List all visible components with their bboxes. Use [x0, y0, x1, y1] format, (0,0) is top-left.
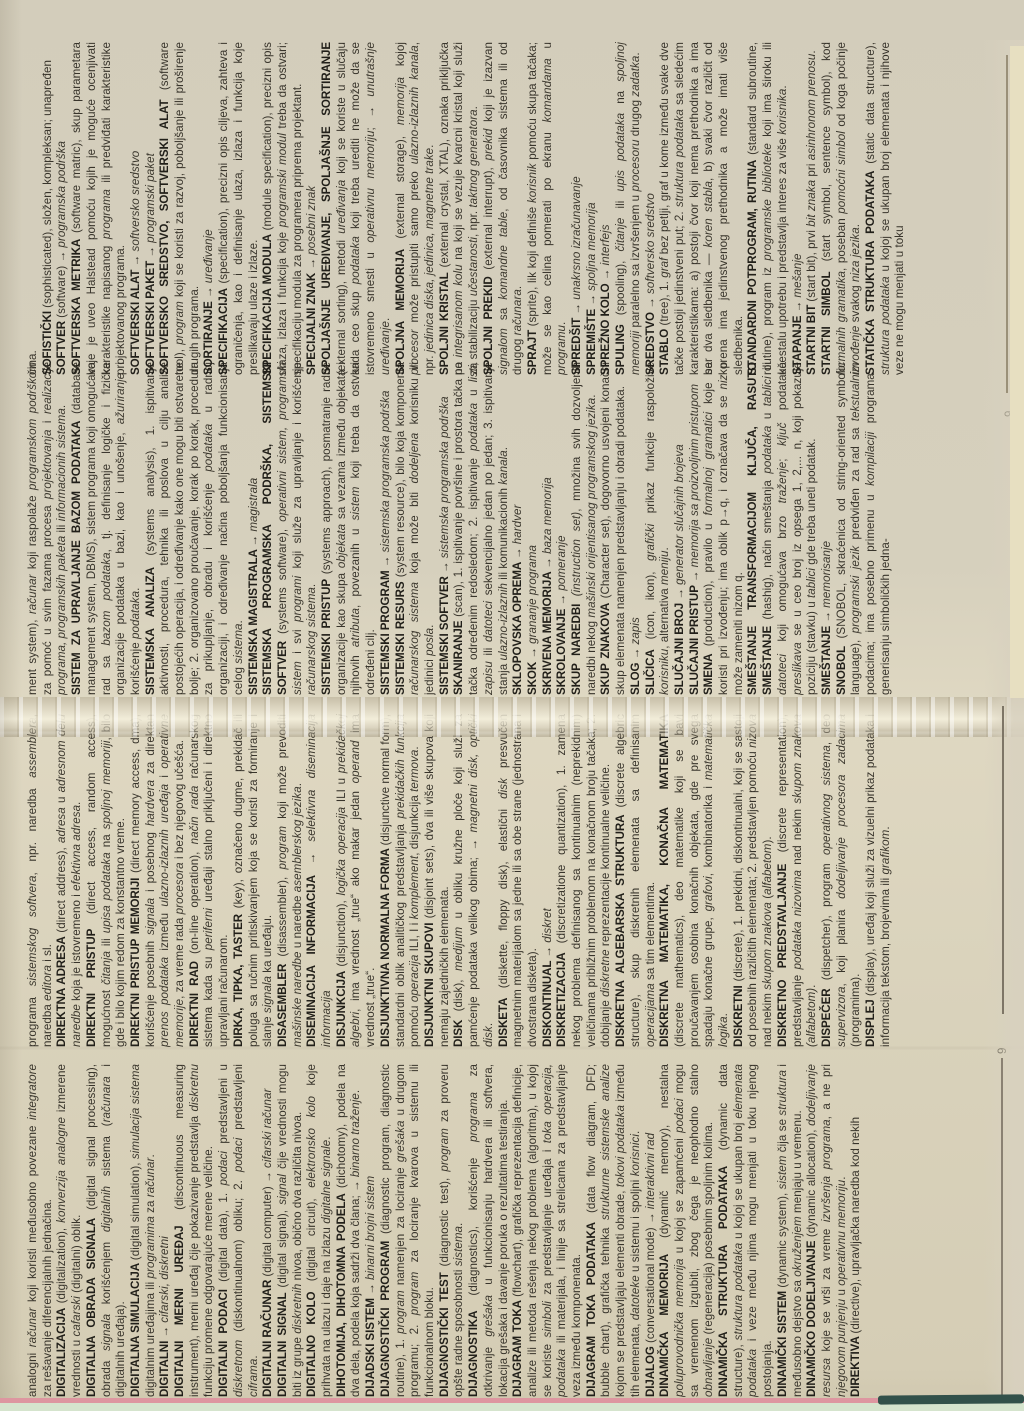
dictionary-entry: DIREKTIVA (directive), upravljačka nared…: [849, 1064, 864, 1397]
entry-term: SISTEMSKI PROGRAM: [379, 567, 392, 695]
entry-italic-text: signala: [261, 976, 274, 1013]
entry-italic-text: digitalnih: [100, 1186, 113, 1232]
entry-term: SPREŽNO KOLO: [599, 280, 612, 375]
entry-term: DINAMIČKA STRUKTURA PODATAKA: [717, 1150, 730, 1397]
entry-term: DIJAGNOSTIKA: [467, 1296, 480, 1397]
entry-italic-text: program: [438, 1128, 451, 1172]
entry-italic-text: struktura podataka: [879, 276, 892, 375]
entry-italic-text: operativnu memoriju: [835, 1180, 848, 1286]
entry-term: SKUP ZNAKOVA: [599, 598, 612, 695]
dictionary-entry: DIREKTNI PRISTUP (direct access, random …: [85, 714, 129, 1047]
entry-italic-text: dodeljena: [408, 433, 421, 484]
entry-italic-text: sistemska programska podrška: [379, 391, 392, 553]
scanned-dictionary-page: analogni računar koji koristi međusobno …: [0, 0, 1024, 1411]
entry-italic-text: preslikava: [791, 642, 804, 695]
entry-italic-text: grafikom: [879, 830, 892, 875]
entry-italic-text: operacijama: [644, 983, 657, 1047]
dictionary-entry: DISKRETNI (discrete), 1. prekidni, disko…: [732, 714, 776, 1047]
page-edge-line: [1001, 1058, 1003, 1402]
entry-term: SPECIJALNI ZNAK: [305, 270, 318, 375]
entry-italic-text: korisnika: [776, 89, 789, 135]
entry-term: STATIČKA STRUKTURA PODATAKA: [864, 164, 877, 375]
entry-term: SISTEMSKI SOFTVER: [438, 573, 451, 695]
dictionary-entry: STAPANJE → mešanje: [791, 42, 806, 375]
dictionary-entry: DIGITALNO KOLO (digital circuit), elektr…: [305, 1064, 334, 1397]
dictionary-entry: SPREDŠIT → unakrsno izračunavanje: [570, 42, 585, 375]
entry-italic-text: operacija: [408, 955, 421, 1003]
dictionary-entry: SISTEMSKA MAGISTRALA → magistrala: [247, 362, 262, 695]
entry-term: DISKETA: [497, 988, 510, 1047]
entry-italic-text: sistemskog softvera: [26, 875, 39, 986]
scanbed-dark-edge: [878, 1394, 1024, 1404]
entry-term: SPOLJAŠNJE UREĐIVANJE, SPOLJAŠNJE SORTIR…: [320, 42, 333, 375]
entry-term: SPOLJNI PREKID: [482, 270, 495, 375]
entry-italic-text: baza memorija: [541, 477, 554, 554]
entry-term: DISASEMBLER: [276, 957, 289, 1047]
entry-term: SORTIRANJE: [202, 298, 215, 375]
dictionary-entry: STABLO (tree), 1. graf bez petlji, graf …: [658, 42, 746, 375]
entry-italic-text: skupom znakova: [761, 902, 774, 990]
dictionary-entry: SKOK → grananje programa: [526, 362, 541, 695]
entry-italic-text: formalnih gramatika: [835, 271, 848, 375]
entry-italic-text: softversko sredstvo: [644, 193, 657, 294]
entry-italic-text: medijum: [452, 927, 465, 971]
dictionary-entry: SKUP NAREDBI (instruction set), množina …: [570, 362, 599, 695]
entry-italic-text: mašinske naredbe: [291, 951, 304, 1047]
dictionary-entry: DIREKTNI PRISTUP MEMORIJI (direct memory…: [129, 714, 188, 1047]
dictionary-entry: SISTEM ZA UPRAVLJANJE BAZOM PODATAKA (da…: [70, 362, 144, 695]
entry-term: SPOLJNI KRISTAL: [438, 268, 451, 375]
dictionary-entry: SKUP ZNAKOVA (Character set), dogovorno …: [599, 362, 628, 695]
entry-italic-text: podataka: [202, 424, 215, 472]
entry-term: DISPEČER: [820, 980, 833, 1047]
entry-italic-text: diskretne: [599, 949, 612, 997]
entry-term: DISKRETNA MATEMATIKA, KONAČNA MATEMATIKA: [658, 714, 671, 1047]
dictionary-entry: DIJALOG (conversational mode) → interakt…: [644, 1064, 659, 1397]
dictionary-entry: SPRAJT (sprite), lik koji definiše koris…: [526, 42, 570, 375]
scan-edge-shadow: [0, 0, 22, 1411]
entry-term: DINAMIČKI SISTEM: [776, 1288, 789, 1397]
entry-italic-text: ulazno-izlaznih uređaja: [158, 784, 171, 907]
dictionary-entry: DIGITALNI SIGNAL (digital signal), signa…: [276, 1064, 305, 1397]
entry-italic-text: grešaka: [394, 1121, 407, 1163]
entry-term: DIJAGNOSTIČKI PROGRAM: [379, 1234, 392, 1397]
entry-italic-text: podataka nizovima: [791, 870, 804, 969]
entry-italic-text: posebni znak: [305, 186, 318, 255]
rotated-page-content: analogni računar koji koristi međusobno …: [0, 43, 1024, 1403]
dictionary-entry: SMEŠTANJE TRANSFORMACIJOM KLJUČA, RASUTO…: [746, 362, 820, 695]
entry-term: DIREKTNI RAD: [188, 954, 201, 1047]
entry-italic-text: interaktivni rad: [644, 1133, 657, 1209]
dictionary-entry: DISJUNKCIJA (disjunction), logička opera…: [335, 714, 379, 1047]
entry-italic-text: binarni brojni sistem: [364, 1176, 377, 1280]
entry-italic-text: korisnici: [629, 1134, 642, 1176]
entry-term: DIJAGRAM TOKA: [511, 1297, 524, 1397]
entry-italic-text: njegovom punjenju: [835, 1299, 848, 1397]
scanbed-green-strip: [0, 1403, 1024, 1411]
entry-term: DISKRETNI: [732, 982, 745, 1047]
entry-term: SISTEMSKI RESURS: [394, 577, 407, 695]
dictionary-entry: SOFTVERSKO SREDSTVO, SOFTVERSKI ALAT (so…: [158, 42, 202, 375]
entry-italic-text: struktura podataka: [673, 109, 686, 207]
entry-term: SOFTVERSKI PAKET: [144, 258, 157, 375]
dictionary-entry: DISKRETIZACIJA (discretizatione quantiza…: [555, 714, 614, 1047]
entry-term: SPULING: [614, 315, 627, 375]
entry-term: SOFISTIČKI: [41, 308, 54, 375]
entry-italic-text: sistema: [232, 623, 245, 663]
dictionary-entry: SPULING (spooling), čitanje ili upis pod…: [614, 42, 643, 375]
entry-italic-text: tablici: [761, 376, 774, 406]
entry-italic-text: supervizora: [835, 987, 848, 1047]
dictionary-entry: čina.: [26, 42, 41, 375]
entry-italic-text: program: [394, 1290, 407, 1334]
entry-italic-text: ažuriranje: [114, 373, 127, 424]
dictionary-column-4: čina.SOFISTIČKI (sophisticated), složen,…: [26, 42, 1010, 375]
entry-italic-text: podataka: [761, 426, 774, 474]
entry-term: DIJAGRAM TOKA PODATAKA: [585, 1213, 598, 1397]
entry-term: DIGITALIZACIJA: [55, 1303, 68, 1397]
entry-term: SKLOPOVSKA OPREMA: [511, 559, 524, 695]
entry-italic-text: pomoćni simbol: [835, 131, 848, 214]
dictionary-entry: SMEŠTANJE → memorisanje: [820, 362, 835, 695]
entry-term: DIGITALNA OBRADA SIGNALA: [85, 1210, 98, 1397]
entry-italic-text: podaci: [673, 1098, 686, 1132]
entry-italic-text: atributa: [349, 608, 362, 647]
dictionary-entry: DIREKTNA ADRESA (direct address), adresa…: [55, 714, 84, 1047]
dictionary-entry: DISPLEJ (display), uređaj koji služi za …: [864, 714, 893, 1047]
entry-term: DIGITALNI SIGNAL: [276, 1288, 289, 1397]
entry-italic-text: simboli: [541, 1301, 554, 1337]
entry-italic-text: diskretnih: [291, 1284, 304, 1334]
entry-italic-text: korisnik: [526, 163, 539, 203]
entry-italic-text: mešanje: [791, 253, 804, 297]
entry-italic-text: prenos podataka: [158, 957, 171, 1047]
dictionary-entry: DIGITALNI RAČUNAR (digital computer) → c…: [261, 1064, 276, 1397]
entry-term: SISTEMSKA MAGISTRALA: [247, 547, 260, 695]
entry-italic-text: bazom podataka: [100, 552, 113, 645]
entry-italic-text: memorija: [394, 77, 407, 125]
entry-italic-text: pomeranje: [555, 535, 568, 590]
dictionary-entry: DINAMIČKA MEMORIJA (dynamič memory), nes…: [658, 1064, 717, 1397]
entry-italic-text: sistem: [776, 1156, 789, 1190]
entry-italic-text: okruženjem: [791, 1216, 804, 1276]
dictionary-entry: DISKRETNA MATEMATIKA, KONAČNA MATEMATIKA…: [658, 714, 732, 1047]
entry-italic-text: softversko sredstvo: [129, 151, 142, 252]
entry-italic-text: upis podataka: [614, 113, 627, 192]
entry-term: DISK: [452, 1011, 465, 1047]
dictionary-entry: SPECIJALNI ZNAK → posebni znak: [305, 42, 320, 375]
entry-italic-text: uređivanje: [202, 229, 215, 283]
entry-term: DISKRETNO PREDSTAVLJANJE: [776, 852, 789, 1047]
entry-italic-text: editora: [41, 965, 54, 1001]
entry-italic-text: programski jezik: [849, 546, 862, 634]
dictionary-entry: DISKRETNO PREDSTAVLJANJE (discrete repre…: [776, 714, 820, 1047]
entry-term: SMENA: [702, 646, 715, 695]
dictionary-entry: DIGITALIZACIJA (digitalization), konverz…: [55, 1064, 84, 1397]
dictionary-entry: DIREKTNI RAD (on-line operation), način …: [188, 714, 232, 1047]
entry-term: DIHOTOMIJA, DIHOTOMNA PODELA: [335, 1188, 348, 1397]
entry-italic-text: integratore: [26, 1064, 39, 1120]
dictionary-entry: DISEMINACIJA INFORMACIJA → selektivna di…: [305, 714, 334, 1047]
entry-term: DIGITALNI PODACI: [217, 1282, 230, 1397]
entry-italic-text: diskretnu: [188, 1064, 201, 1112]
entry-italic-text: programi: [291, 576, 304, 622]
entry-italic-text: spoljnoj memoriji: [100, 740, 113, 829]
dictionary-entry: SLUČAJNI BROJ → generator slučajnih broj…: [673, 362, 688, 695]
dictionary-entry: DISJUNKTNI SKUPOVI (disjoint sets), dva …: [423, 714, 452, 1047]
entry-italic-text: podataka: [467, 403, 480, 451]
entry-italic-text: strukturne sistemske analize: [599, 1064, 612, 1220]
entry-term: STABLO: [658, 326, 671, 375]
entry-italic-text: podaci: [232, 1138, 245, 1172]
dictionary-entry: SKROLOVANJE → pomeranje: [555, 362, 570, 695]
dictionary-entry: DIGITALNA OBRADA SIGNALA (digital signal…: [85, 1064, 129, 1397]
entry-italic-text: grafički: [644, 524, 657, 561]
dictionary-entry: DIGITALNI PODACI (digital data), 1. poda…: [217, 1064, 261, 1397]
entry-italic-text: računar: [144, 1158, 157, 1198]
entry-italic-text: efektivna adresa: [70, 805, 83, 891]
entry-term: SLUČAJNI BROJ: [673, 600, 686, 695]
entry-italic-text: struktura: [776, 1070, 789, 1116]
entry-italic-text: kanala: [497, 450, 510, 484]
entry-italic-text: interfejs: [599, 224, 612, 265]
entry-term: SNOBOL: [835, 639, 848, 696]
dictionary-entry: SPECIFIKACIJA (specification), precizni …: [217, 42, 261, 375]
entry-term: DISJUNKTNI SKUPOVI: [423, 918, 436, 1047]
dictionary-entry: DINAMIČKO DODELJIVANJE (dynamic allocati…: [805, 1064, 849, 1397]
entry-italic-text: programskom podrškom: [26, 362, 39, 490]
entry-italic-text: memorija sa proizvoljnim pristupom: [688, 384, 701, 567]
entry-italic-text: asemblerskog jezika: [291, 786, 304, 892]
entry-term: SPREDŠIT: [570, 315, 583, 375]
entry-italic-text: cifarski računar: [261, 1089, 274, 1168]
dictionary-entry: SKANIRANJE (scan), 1. ispitivanje površi…: [452, 362, 511, 695]
entry-italic-text: grananje programa: [526, 545, 539, 644]
entry-term: SKOK: [526, 659, 539, 695]
entry-italic-text: procesoru: [629, 140, 642, 192]
dictionary-entry: SPREŽNO KOLO → interfejs: [599, 42, 614, 375]
entry-italic-text: tablici: [805, 568, 818, 598]
entry-term: DIREKTNI PRISTUP MEMORIJI: [129, 873, 142, 1047]
entry-term: SKRIVENA MEMORIJA: [541, 569, 554, 695]
entry-italic-text: programska podrška: [55, 141, 68, 248]
entry-term: SOFTVERSKA METRIKA: [70, 233, 83, 375]
entry-italic-text: signala: [100, 1314, 113, 1351]
dictionary-entry: DISKETA (diskette, floppy disk), elastič…: [497, 714, 541, 1047]
dictionary-entry: DISKONTINUAL → diskret: [541, 714, 556, 1047]
entry-term: DINAMIČKO DODELJIVANJE: [805, 1237, 818, 1397]
entry-term: DINAMIČKA MEMORIJA: [658, 1238, 671, 1397]
entry-italic-text: program: [408, 1272, 421, 1316]
entry-italic-text: struktura podataka: [732, 1243, 745, 1341]
entry-italic-text: projektovanja: [41, 429, 54, 499]
dictionary-entry: SKRIVENA MEMORIJA → baza memorija: [541, 362, 556, 695]
entry-italic-text: digitalne signale: [320, 1140, 333, 1224]
entry-italic-text: taktnog generatora: [467, 109, 480, 207]
dictionary-entry: SLIČICA (icon, ikon), grafički prikaz fu…: [644, 362, 673, 695]
entry-italic-text: mašinski orijentisanog programskog jezik…: [585, 398, 598, 618]
entry-italic-text: operand: [349, 740, 362, 783]
entry-italic-text: ključ: [776, 423, 789, 446]
entry-italic-text: binarno traženje: [349, 1093, 362, 1177]
entry-term: SKROLOVANJE: [555, 606, 568, 695]
entry-italic-text: komplement: [408, 856, 421, 920]
entry-term: DISKRETNA ALGEBARSKA STRUKTURA: [614, 808, 627, 1047]
entry-italic-text: logička operacija: [335, 807, 348, 896]
entry-term: DIRKA, TIPKA, TASTER: [232, 908, 245, 1047]
dictionary-entry: SOFTVERSKI PAKET → programski paket: [144, 42, 159, 375]
dictionary-entry: SOFTVER (software) → programska podrška: [55, 42, 70, 375]
entry-term: SREDSTVO: [644, 309, 657, 375]
entry-italic-text: učestanosti: [467, 237, 480, 296]
entry-italic-text: hardvera: [144, 780, 157, 826]
entry-italic-text: procesor: [408, 329, 421, 375]
entry-italic-text: čitanje: [614, 218, 627, 252]
entry-italic-text: program: [173, 301, 186, 345]
dictionary-entry: SOFISTIČKI (sophisticated), složen, komp…: [41, 42, 56, 375]
entry-italic-text: poluprovodnička memorija: [673, 1259, 686, 1397]
entry-italic-text: termova: [408, 750, 421, 792]
entry-term: DIGITALNA SIMULACIJA: [129, 1260, 142, 1397]
entry-term: STARTNI BIT: [805, 302, 818, 375]
entry-italic-text: signala: [144, 898, 157, 935]
dictionary-entry: SLUČAJNI PRISTUP → memorija sa proizvolj…: [688, 362, 703, 695]
entry-term: SOFTVERSKO SREDSTVO, SOFTVERSKI ALAT: [158, 90, 171, 375]
dictionary-entry: SKLOPOVSKA OPREMA → hardver: [511, 362, 526, 695]
entry-italic-text: zapis: [629, 617, 642, 644]
entry-italic-text: adresa: [55, 807, 68, 843]
entry-italic-text: hardver: [511, 505, 524, 545]
entry-italic-text: ciframa: [247, 1359, 260, 1397]
entry-term: STARTNI SIMBOL: [820, 261, 833, 375]
entry-italic-text: jedinica diska, jedinica, magnetne trake: [423, 148, 436, 352]
entry-italic-text: memorisanje: [820, 541, 833, 608]
entry-italic-text: traženje: [776, 462, 789, 504]
page-edge-strip: [1010, 46, 1024, 698]
dictionary-entry: DIJAGRAM TOKA (flowchart), grafička repr…: [511, 1064, 585, 1397]
dictionary-column-2: programa sistemskog softvera, npr. nared…: [26, 714, 1010, 1047]
dictionary-entry: SOFTVERSKA METRIKA (software matric), sk…: [70, 42, 129, 375]
entry-term: DIREKTNI PRISTUP: [85, 914, 98, 1047]
page-edge-line: [1006, 55, 1008, 393]
dictionary-entry: STARTNI BIT (start bit), prvi bit znaka …: [805, 42, 820, 375]
entry-italic-text: magnetni disk, optički disk: [467, 714, 495, 1047]
entry-italic-text: računar: [26, 1308, 39, 1348]
dictionary-entry: SISTEMSKI PROGRAM → sistemska programska…: [379, 362, 394, 695]
entry-italic-text: program: [276, 826, 289, 870]
entry-italic-text: upisa podataka: [100, 852, 113, 933]
dictionary-entry: programa sistemskog softvera, npr. nared…: [26, 714, 55, 1047]
entry-italic-text: datoteci: [776, 654, 789, 695]
entry-term: DIGITALNI: [158, 1338, 171, 1397]
entry-italic-text: integrisanom kolu: [452, 264, 465, 357]
entry-italic-text: meniju: [658, 550, 671, 584]
dictionary-entry: SPOLJNA MEMORIJA (external storage), mem…: [394, 42, 438, 375]
dictionary-entry: DIHOTOMIJA, DIHOTOMNA PODELA (dichotomy)…: [335, 1064, 364, 1397]
entry-italic-text: cafarski: [70, 1296, 83, 1336]
entry-italic-text: izvršenja programa: [820, 1119, 833, 1222]
entry-italic-text: tokovi podataka: [614, 1105, 627, 1187]
dictionary-entry: analogni računar koji koristi međusobno …: [26, 1064, 55, 1397]
entry-term: SPREMIŠTE: [585, 306, 598, 375]
entry-italic-text: datoteci: [482, 601, 495, 642]
entry-term: DIREKTNA ADRESA: [55, 933, 68, 1047]
entry-italic-text: ulazno-izlaznih: [497, 583, 510, 660]
entry-italic-text: grafovi: [702, 876, 715, 911]
entry-term: SPOLJNA MEMORIJA: [394, 239, 407, 375]
dictionary-entry: STARTNI SIMBOL (start symbol, sentence s…: [820, 42, 864, 375]
entry-term: SMEŠTANJE: [820, 623, 833, 695]
entry-italic-text: programski modul: [276, 133, 289, 227]
entry-italic-text: računar: [26, 574, 39, 614]
entry-italic-text: programa: [467, 1092, 480, 1142]
entry-italic-text: informacionih sistema: [55, 408, 68, 521]
entry-term: SLUČAJNI PRISTUP: [688, 582, 701, 695]
entry-italic-text: elektronsko kolo: [305, 1096, 318, 1188]
dictionary-entry: DIJAGRAM TOKA PODATAKA (data flow diagra…: [585, 1064, 644, 1397]
entry-term: DIJALOG: [644, 1343, 657, 1397]
entry-italic-text: graf: [658, 258, 671, 278]
entry-italic-text: elemenata podataka: [732, 1064, 760, 1397]
entry-italic-text: datoteke: [629, 1275, 642, 1320]
entry-italic-text: cifarski, diskretni: [158, 1236, 171, 1323]
entry-italic-text: magistrala: [247, 478, 260, 532]
entry-term: DIGITALNI RAČUNAR: [261, 1277, 274, 1397]
entry-term: STAPANJE: [791, 313, 804, 375]
dictionary-entry: SPOLJNI KRISTAL (external crystal, XTAL)…: [438, 42, 482, 375]
dictionary-entry: SISTEMSKI RESURS (system resource), bilo…: [394, 362, 438, 695]
dictionary-entry: SORTIRANJE → uređivanje: [202, 42, 217, 375]
book-fold-gutter: [0, 697, 1024, 737]
entry-term: SLOG: [629, 659, 642, 695]
entry-term: DISJUNKTIVNA NORMALNA FORMA: [379, 846, 392, 1047]
entry-italic-text: sistema: [452, 1226, 465, 1266]
entry-italic-text: signalom: [497, 328, 510, 375]
page-edge-line: [1002, 706, 1004, 1014]
entry-term: SPECIFIKACIJA MODULA: [261, 230, 274, 375]
entry-italic-text: diskretnom: [232, 1340, 245, 1397]
entry-term: SPRAJT: [526, 326, 539, 375]
dictionary-entry: DIGITALNA SIMULACIJA (digital simulation…: [129, 1064, 158, 1397]
entry-term: DISKRETIZACIJA: [555, 943, 568, 1047]
entry-term: SMEŠTANJE TRANSFORMACIJOM KLJUČA, RASUTO…: [746, 362, 774, 695]
entry-italic-text: posla: [423, 628, 436, 656]
dictionary-entry: SPECIFIKACIJA MODULA (module specificati…: [261, 42, 305, 375]
dictionary-entry: DIJADSKI SISTEM → binarni brojni sistem: [364, 1064, 379, 1397]
entry-italic-text: koren stabla: [702, 181, 715, 248]
entry-term: SOFTVER: [55, 318, 68, 375]
dictionary-entry: STANDARDNI POTPROGRAM, RUTINA (standard …: [746, 42, 790, 375]
entry-term: DIJADSKI SISTEM: [364, 1295, 377, 1397]
entry-italic-text: procesora: [173, 862, 186, 914]
dictionary-entry: SLOG → zapis: [629, 362, 644, 695]
entry-italic-text: asinhronom prenosu: [805, 54, 818, 161]
dictionary-entry: DISJUNKTIVNA NORMALNA FORMA (disjunctive…: [379, 714, 423, 1047]
entry-italic-text: obnavljanje: [702, 1338, 715, 1397]
dictionary-entry: SREDSTVO → softversko sredstvo: [644, 42, 659, 375]
entry-italic-text: programima: [144, 1216, 157, 1278]
entry-italic-text: simulacija sistema: [129, 1064, 142, 1159]
entry-italic-text: podaci: [217, 1151, 230, 1185]
dictionary-entry: ment system), računar koji raspolaže pro…: [26, 362, 70, 695]
dictionary-entry: DIJAGNOSTIČKI TEST (diagnostic test), pr…: [438, 1064, 467, 1397]
entry-italic-text: spoljna memorija: [585, 202, 598, 290]
entry-italic-text: objekata: [335, 524, 348, 568]
entry-italic-text: izvođenje: [849, 326, 862, 375]
dictionary-entry: DIJAGNOSTIKA (diagnostics), korišćenje p…: [467, 1064, 511, 1397]
entry-italic-text: generator slučajnih brojeva: [673, 444, 686, 585]
entry-italic-text: alfabetom: [761, 844, 774, 895]
